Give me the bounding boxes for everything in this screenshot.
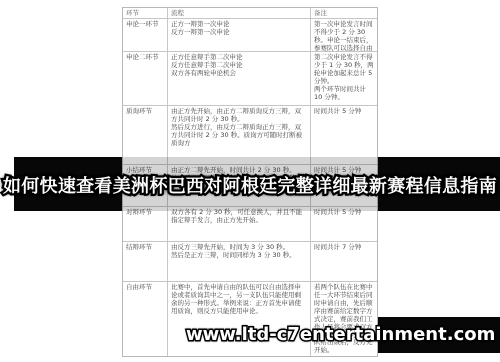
- notes-cell: 第一次申论发言时间不得少于 2 分 30 秒。申论一结束后，参赛队可以选择自由环…: [311, 19, 377, 51]
- notes-cell: 时间共计 5 分钟: [311, 207, 377, 241]
- column-header-notes: 备注: [311, 8, 377, 18]
- page-title: 如何快速查看美洲杯巴西对阿根廷完整详细最新赛程信息指南: [0, 172, 500, 198]
- stage-cell: 结辩环节: [123, 242, 168, 281]
- table-row: 质询环节 由正方先开始，由正方二辩质询反方三辩，双方共同计时 2 分 30 秒。…: [123, 105, 377, 164]
- stage-cell: 申论二环节: [123, 52, 168, 105]
- table-row: 申论一环节 正方一辩第一次申论 反方一辩第一次申论 第一次申论发言时间不得少于 …: [123, 18, 377, 51]
- process-cell: 正方任意辩手第二次申论 反方任意辩手第二次申论 双方各有两轮申论机会: [168, 52, 311, 105]
- table-header-row: 环节 流程 备注: [123, 8, 377, 18]
- stage-cell: 质询环节: [123, 106, 168, 164]
- table-row: 对辩环节 双方各有 2 分 30 秒，可任意换人，并且不能指定辩手发言，由正方先…: [123, 206, 377, 241]
- process-cell: 由反方三辩先开始，时间为 3 分 30 秒。 然后是正方三辩，时间同样为 3 分…: [168, 242, 311, 281]
- notes-cell: 第二次申论发言不得少于 1 分 30 秒，两轮申论加起来总计 5 分钟。 两个环…: [311, 52, 377, 105]
- process-cell: 由正方先开始，由正方二辩质询反方三辩，双方共同计时 2 分 30 秒。 然后反方…: [168, 106, 311, 164]
- process-cell: 双方各有 2 分 30 秒，可任意换人，并且不能指定辩手发言，由正方先开始。: [168, 207, 311, 241]
- stage-cell: 自由环节: [123, 282, 168, 356]
- table-row: 结辩环节 由反方三辩先开始，时间为 3 分 30 秒。 然后是正方三辩，时间同样…: [123, 241, 377, 281]
- page-root: 环节 流程 备注 申论一环节 正方一辩第一次申论 反方一辩第一次申论 第一次申论…: [0, 0, 500, 362]
- column-header-process: 流程: [168, 8, 311, 18]
- notes-cell: 时间共计 5 分钟: [311, 106, 377, 164]
- column-header-stage: 环节: [123, 8, 168, 18]
- stage-cell: 对辩环节: [123, 207, 168, 241]
- stage-cell: 申论一环节: [123, 19, 168, 51]
- table-row: 申论二环节 正方任意辩手第二次申论 反方任意辩手第二次申论 双方各有两轮申论机会…: [123, 51, 377, 105]
- watermark-url: www.ltd-c7entertainment.com: [186, 324, 495, 345]
- process-cell: 正方一辩第一次申论 反方一辩第一次申论: [168, 19, 311, 51]
- notes-cell: 时间共计 7 分钟: [311, 242, 377, 281]
